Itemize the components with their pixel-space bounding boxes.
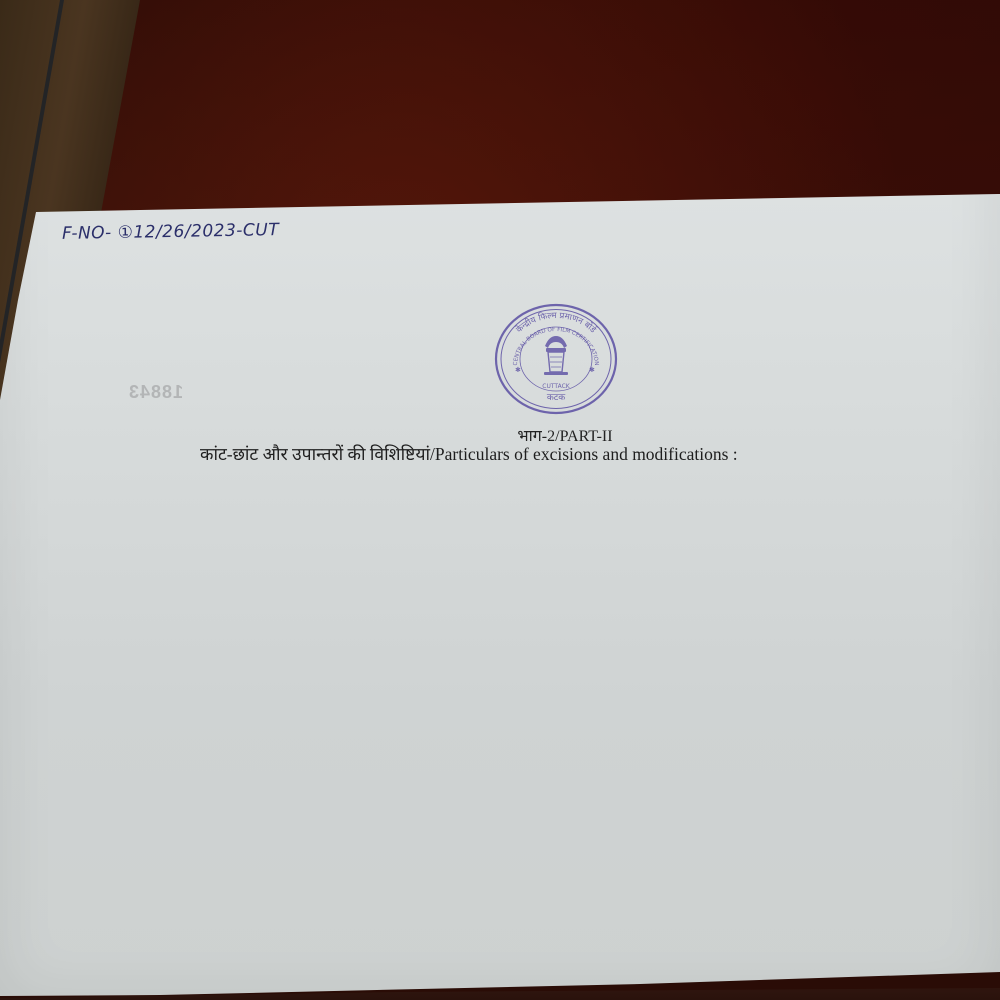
bleed-through-number: 18843 <box>128 382 183 403</box>
handwritten-file-number: F-NO- ①12/26/2023-CUT <box>62 220 280 244</box>
stamp-city-hindi: कटक <box>547 393 566 403</box>
svg-text:✱: ✱ <box>589 366 595 374</box>
section-title: कांट-छांट और उपान्तरों की विशिष्टियां/Pa… <box>200 442 738 466</box>
stamp-english-text: CENTRAL BOARD OF FILM CERTIFICATION <box>513 327 599 366</box>
svg-text:✱: ✱ <box>515 366 521 374</box>
cbfc-stamp: केन्द्रीय फिल्म प्रमाणन बोर्ड CENTRAL BO… <box>493 302 619 416</box>
national-emblem-icon <box>544 336 568 375</box>
stamp-city-english: CUTTACK <box>542 383 571 390</box>
svg-text:CENTRAL BOARD OF FILM CERTIFIC: CENTRAL BOARD OF FILM CERTIFICATION <box>513 327 599 366</box>
